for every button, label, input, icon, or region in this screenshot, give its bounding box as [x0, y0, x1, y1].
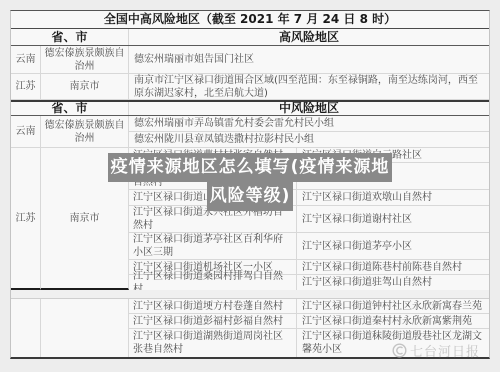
- table-row: 云南 德宏傣族景颇族自治州 德宏州瑞丽市姐告国门社区: [11, 46, 489, 74]
- risk-area-cell-right: 江宁区禄口街道陈巷村前陈巷自然村: [297, 260, 489, 274]
- risk-area-cell-right: 江宁区禄口街道驻驾山自然村: [297, 275, 489, 290]
- column-header-province-city: 省、市: [11, 102, 129, 115]
- risk-area-cell: 德宏州陇川县章凤镇迭撒村拉影村民小组: [129, 132, 489, 147]
- column-header-province-city: 省、市: [11, 29, 129, 45]
- risk-area-cell-left: 江宁区禄口街道彭福村彭福自然村: [129, 314, 297, 328]
- risk-area-cell: 德宏州瑞丽市弄岛镇雷允村委会雷允村民小组: [129, 116, 489, 131]
- newspaper-logo-icon: [392, 343, 407, 358]
- column-header-medium-risk: 中风险地区: [129, 102, 489, 115]
- table-row: 江宁区禄口街道彭福村彭福自然村 江宁区禄口街道秦村村永欣新寓紫荆苑: [129, 314, 489, 329]
- risk-area-cell-right: 江宁区禄口街道钟村社区永欣新寓春兰苑: [297, 299, 489, 313]
- table-row: 江宁区禄口街道桑园村排驾口自然村 江宁区禄口街道驻驾山自然村: [129, 275, 489, 290]
- risk-area-cell-right: 江宁区禄口街道秦村村永欣新寓紫荆苑: [297, 314, 489, 328]
- city-cell-empty: [41, 299, 129, 357]
- table-row: 德宏州陇川县章凤镇迭撒村拉影村民小组: [129, 132, 489, 147]
- page: 全国中高风险地区（截至 2021 年 7 月 24 日 8 时） 省、市 高风险…: [0, 0, 500, 372]
- column-header-high-risk: 高风险地区: [129, 29, 489, 45]
- province-cell: 云南: [11, 116, 41, 147]
- risk-area-cell: 南京市江宁区禄口街道围合区域(四至范围：东至禄铜路，南至达练岗河，西至原东湖迟家…: [129, 74, 489, 99]
- table-row: 江宁区禄口街道茅亭社区百利华府小区三期 江宁区禄口街道茅亭小区: [129, 233, 489, 260]
- risk-area-cell-left: 江宁区禄口街道桑园村排驾口自然村: [129, 275, 297, 290]
- table-title: 全国中高风险地区（截至 2021 年 7 月 24 日 8 时）: [104, 13, 396, 26]
- watermark-text: 七台河日报: [410, 341, 480, 360]
- high-risk-header-row: 省、市 高风险地区: [11, 29, 489, 46]
- medium-risk-header-row: 省、市 中风险地区: [11, 100, 489, 116]
- table-row: 德宏州瑞丽市弄岛镇雷允村委会雷允村民小组: [129, 116, 489, 132]
- province-cell: 江苏: [11, 74, 41, 99]
- medium-risk-group-yunnan: 云南 德宏傣族景颇族自治州 德宏州瑞丽市弄岛镇雷允村委会雷允村民小组 德宏州陇川…: [11, 116, 489, 148]
- table-row: 江苏 南京市 南京市江宁区禄口街道围合区域(四至范围：东至禄铜路，南至达练岗河，…: [11, 74, 489, 100]
- table-gap-band: [11, 290, 489, 299]
- qitaihe-daily-watermark: 七台河日报: [392, 341, 480, 360]
- city-cell: 南京市: [41, 74, 129, 99]
- province-cell-empty: [11, 299, 41, 357]
- city-cell: 德宏傣族景颇族自治州: [41, 46, 129, 73]
- table-title-row: 全国中高风险地区（截至 2021 年 7 月 24 日 8 时）: [11, 11, 489, 29]
- risk-area-cell-left: 江宁区禄口街道湖熟街道周岗社区张巷自然村: [129, 329, 297, 357]
- city-cell: 德宏傣族景颇族自治州: [41, 116, 129, 147]
- table-row: 江宁区禄口街道埂方村卷蓬自然村 江宁区禄口街道钟村社区永欣新寓春兰苑: [129, 299, 489, 314]
- risk-area-cell-left: 江宁区禄口街道茅亭社区百利华府小区三期: [129, 233, 297, 259]
- headline-line-1: 疫情来源地区怎么填写(疫情来源地: [108, 153, 393, 182]
- headline-overlay: 疫情来源地区怎么填写(疫情来源地 风险等级): [0, 153, 500, 211]
- risk-area-cell: 德宏州瑞丽市姐告国门社区: [129, 46, 489, 73]
- headline-line-2: 风险等级): [207, 182, 294, 211]
- risk-area-cell-left: 江宁区禄口街道埂方村卷蓬自然村: [129, 299, 297, 313]
- risk-area-cell-right: 江宁区禄口街道茅亭小区: [297, 233, 489, 259]
- province-cell: 云南: [11, 46, 41, 73]
